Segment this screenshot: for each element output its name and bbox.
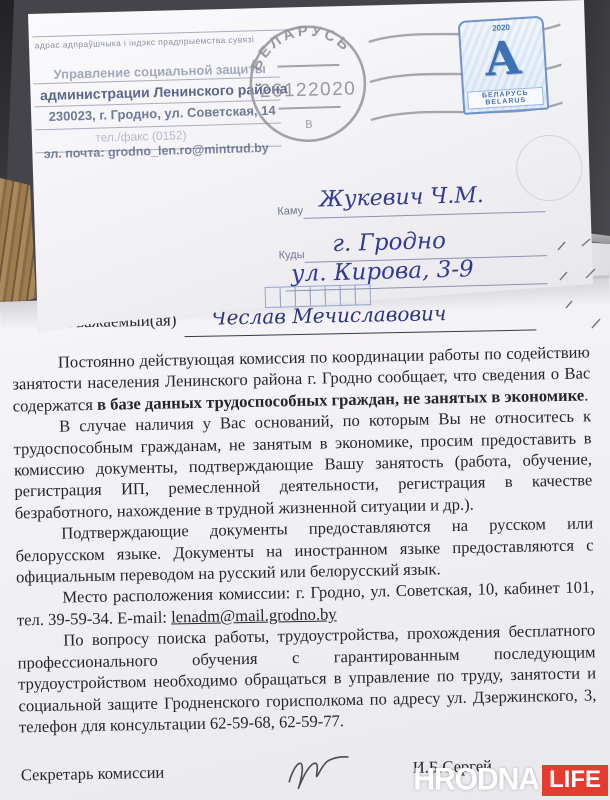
to-underline (304, 211, 546, 219)
postmark-date: 26122020 (260, 78, 357, 102)
paragraph-2: В случае наличия у Вас оснований, по кот… (13, 406, 593, 524)
photo-of-letter: Уважаемый(ая) Чеслав Мечиславович Постоя… (0, 0, 610, 800)
postal-code-boxes (266, 284, 372, 308)
stamp-letter-a: А (460, 30, 545, 87)
paragraph-1: Постоянно действующая комиссия по коорди… (12, 341, 591, 416)
where-label: Куды (278, 249, 304, 262)
return-address-note: адрас адпраўшчыка і індэкс прадпрыемства… (35, 34, 255, 50)
to-label: Каму (277, 205, 303, 218)
postage-stamp: 2020 А БЕЛАРУСЬ BELARUS (458, 16, 550, 115)
signature-title: Секретарь комиссии (21, 763, 165, 786)
postmark: БЕЛАРУСЬ 26122020 В (236, 10, 380, 154)
watermark-life: LIFE (542, 765, 608, 796)
paragraph-3: Подтверждающие документы предоставляются… (15, 513, 594, 588)
postmark-index-letter: В (305, 119, 313, 131)
where-city-handwriting: г. Гродно (332, 228, 446, 257)
faint-postmark-arc (515, 134, 583, 202)
paragraph-1-end: . (584, 385, 589, 404)
watermark-hrodna: HRODNA (413, 762, 539, 798)
signature-scribble (282, 747, 353, 792)
stamp-country: БЕЛАРУСЬ BELARUS (467, 87, 544, 110)
sender-stamp-line-4: тел./факс (0152) (95, 129, 187, 144)
watermark-logo: HRODNA LIFE (413, 763, 608, 797)
where-street-handwriting: ул. Кирова, 3-9 (291, 256, 474, 287)
letter-body: Постоянно действующая комиссия по коорди… (12, 341, 597, 737)
pen-scribbles (552, 236, 608, 336)
paragraph-5: По вопросу поиска работы, трудоустройств… (17, 620, 597, 738)
envelope-content: адрас адпраўшчыка і індэкс прадпрыемства… (0, 0, 610, 353)
to-value-handwriting: Жукевич Ч.М. (319, 183, 484, 213)
sender-stamp-line-5: эл. почта: grodno_len.ro@mintrud.by (44, 142, 269, 161)
email-text: lenadm@mail.grodno.by (171, 604, 337, 626)
